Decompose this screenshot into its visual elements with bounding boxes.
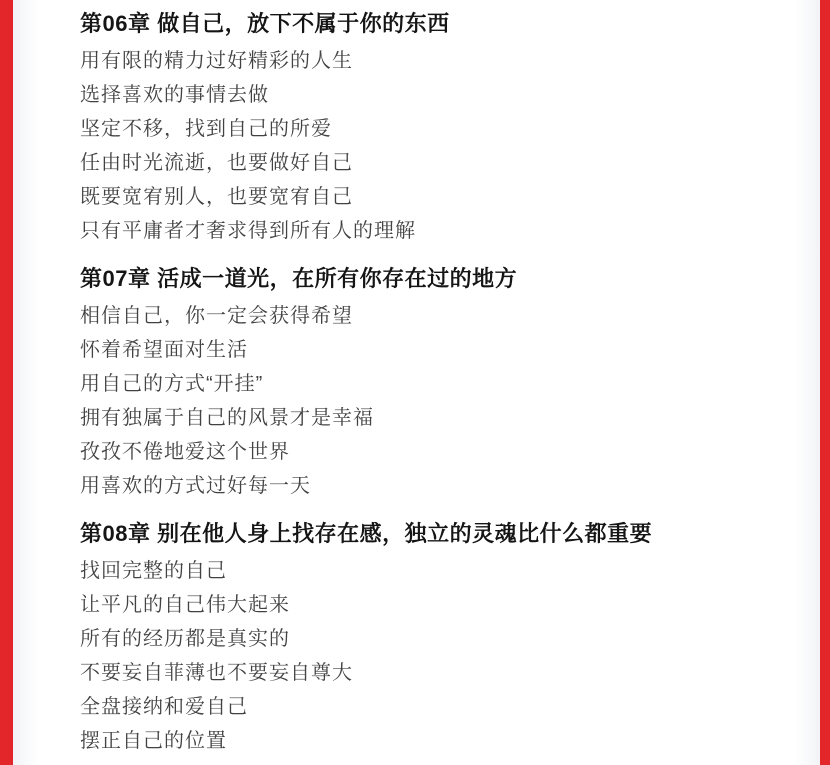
right-red-border — [820, 0, 830, 765]
section-title: 用有限的精力过好精彩的人生 — [80, 44, 784, 78]
chapter-title: 第07章 活成一道光，在所有你存在过的地方 — [80, 264, 784, 294]
section-title: 不要妄自菲薄也不要妄自尊大 — [80, 656, 784, 690]
book-toc-page: 第06章 做自己，放下不属于你的东西用有限的精力过好精彩的人生选择喜欢的事情去做… — [0, 0, 830, 765]
section-title: 孜孜不倦地爱这个世界 — [80, 435, 784, 469]
section-title: 坚定不移，找到自己的所爱 — [80, 112, 784, 146]
section-title: 选择喜欢的事情去做 — [80, 78, 784, 112]
section-title: 用喜欢的方式过好每一天 — [80, 469, 784, 503]
section-title: 让平凡的自己伟大起来 — [80, 588, 784, 622]
left-edge-shadow — [13, 0, 39, 765]
chapter-title: 第08章 别在他人身上找存在感，独立的灵魂比什么都重要 — [80, 519, 784, 549]
section-title: 摆正自己的位置 — [80, 724, 784, 758]
section-title: 全盘接纳和爱自己 — [80, 690, 784, 724]
section-title: 只有平庸者才奢求得到所有人的理解 — [80, 214, 784, 248]
section-title: 拥有独属于自己的风景才是幸福 — [80, 401, 784, 435]
section-title: 找回完整的自己 — [80, 554, 784, 588]
section-title: 相信自己，你一定会获得希望 — [80, 299, 784, 333]
right-edge-shadow — [794, 0, 820, 765]
left-red-border — [0, 0, 13, 765]
section-title: 任由时光流逝，也要做好自己 — [80, 146, 784, 180]
table-of-contents: 第06章 做自己，放下不属于你的东西用有限的精力过好精彩的人生选择喜欢的事情去做… — [80, 0, 784, 758]
chapter-block: 第06章 做自己，放下不属于你的东西用有限的精力过好精彩的人生选择喜欢的事情去做… — [80, 9, 784, 248]
section-title: 用自己的方式“开挂” — [80, 367, 784, 401]
chapter-title: 第06章 做自己，放下不属于你的东西 — [80, 9, 784, 39]
chapter-block: 第08章 别在他人身上找存在感，独立的灵魂比什么都重要找回完整的自己让平凡的自己… — [80, 519, 784, 758]
section-title: 所有的经历都是真实的 — [80, 622, 784, 656]
section-title: 怀着希望面对生活 — [80, 333, 784, 367]
chapter-block: 第07章 活成一道光，在所有你存在过的地方相信自己，你一定会获得希望怀着希望面对… — [80, 264, 784, 503]
section-title: 既要宽宥别人，也要宽宥自己 — [80, 180, 784, 214]
